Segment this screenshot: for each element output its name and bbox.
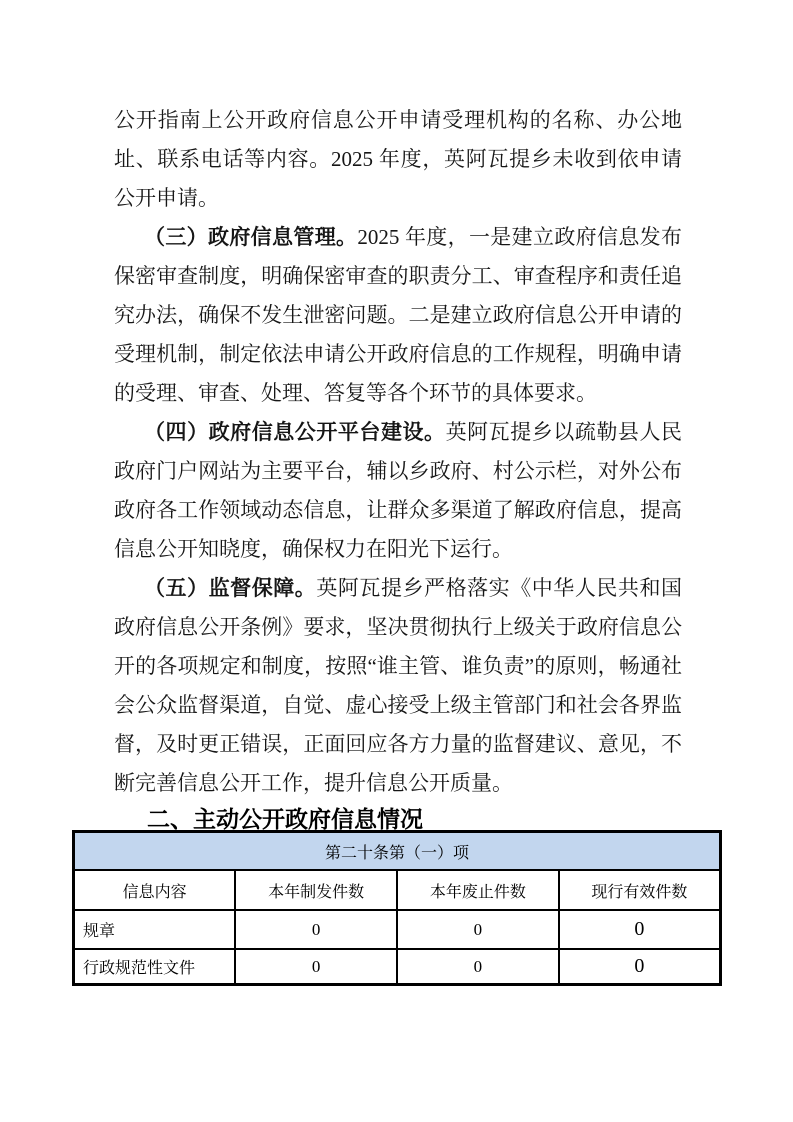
body-text: 公开指南上公开政府信息公开申请受理机构的名称、办公地址、联系电话等内容。2025… <box>114 101 682 833</box>
paragraph-lead: （五）监督保障。 <box>144 576 316 600</box>
info-table: 第二十条第（一）项 信息内容 本年制发件数 本年废止件数 现行有效件数 规章 0… <box>72 830 722 986</box>
cell-value: 0 <box>559 949 721 985</box>
column-header: 现行有效件数 <box>559 870 721 910</box>
table-caption: 第二十条第（一）项 <box>74 832 721 871</box>
cell-value: 0 <box>397 949 559 985</box>
row-label: 规章 <box>74 910 236 949</box>
cell-value: 0 <box>235 910 397 949</box>
section-heading: 二、主动公开政府信息情况 <box>114 805 682 833</box>
cell-value: 0 <box>235 949 397 985</box>
table-header-row: 信息内容 本年制发件数 本年废止件数 现行有效件数 <box>74 870 721 910</box>
paragraph-section-5: （五）监督保障。英阿瓦提乡严格落实《中华人民共和国政府信息公开条例》要求，坚决贯… <box>114 569 682 803</box>
paragraph-text: 公开指南上公开政府信息公开申请受理机构的名称、办公地址、联系电话等内容。2025… <box>114 108 682 210</box>
table-row: 规章 0 0 0 <box>74 910 721 949</box>
column-header: 本年制发件数 <box>235 870 397 910</box>
paragraph-text: 英阿瓦提乡严格落实《中华人民共和国政府信息公开条例》要求，坚决贯彻执行上级关于政… <box>114 576 682 795</box>
paragraph-lead: （三）政府信息管理。 <box>144 225 357 249</box>
paragraph-continuation: 公开指南上公开政府信息公开申请受理机构的名称、办公地址、联系电话等内容。2025… <box>114 101 682 218</box>
cell-value: 0 <box>559 910 721 949</box>
row-label: 行政规范性文件 <box>74 949 236 985</box>
paragraph-text: 2025 年度，一是建立政府信息发布保密审查制度，明确保密审查的职责分工、审查程… <box>114 225 682 405</box>
column-header: 本年废止件数 <box>397 870 559 910</box>
table-caption-row: 第二十条第（一）项 <box>74 832 721 871</box>
table-row: 行政规范性文件 0 0 0 <box>74 949 721 985</box>
paragraph-lead: （四）政府信息公开平台建设。 <box>144 420 446 444</box>
cell-value: 0 <box>397 910 559 949</box>
paragraph-section-4: （四）政府信息公开平台建设。英阿瓦提乡以疏勒县人民政府门户网站为主要平台，辅以乡… <box>114 413 682 569</box>
column-header: 信息内容 <box>74 870 236 910</box>
paragraph-section-3: （三）政府信息管理。2025 年度，一是建立政府信息发布保密审查制度，明确保密审… <box>114 218 682 413</box>
document-page: 公开指南上公开政府信息公开申请受理机构的名称、办公地址、联系电话等内容。2025… <box>0 0 793 1122</box>
